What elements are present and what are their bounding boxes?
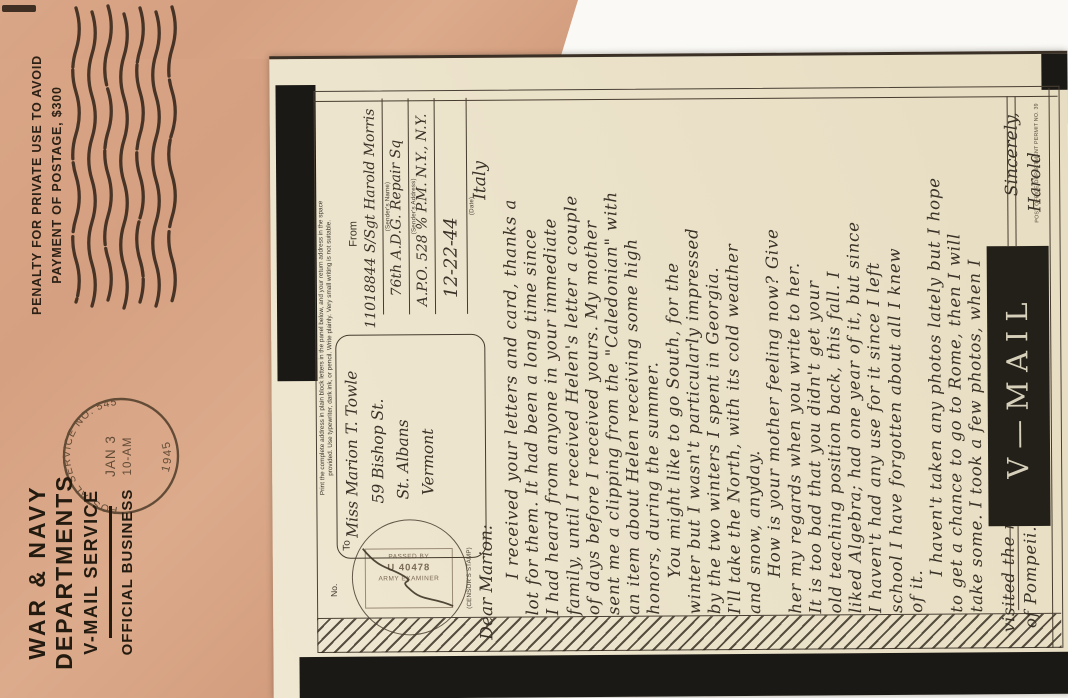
sender-address-value: 76th A.D.G. Repair Sq [388, 140, 405, 297]
postmark-time: 10-AM [122, 437, 134, 476]
to-address-street: 59 Bishop St. [369, 399, 388, 504]
photo-backing-corner [1041, 54, 1067, 90]
letter-closing: Sincerely, [1002, 112, 1023, 196]
dept-line2: DEPARTMENTS [51, 472, 78, 672]
letter-body-line: take some. I took a few photos, when I [964, 92, 988, 612]
envelope-corner-mark [2, 5, 36, 12]
from-label: From [347, 221, 359, 247]
form-instructions: Print the complete address in plain bloc… [317, 125, 337, 571]
letter-short-line2: of Pompeii. [1021, 526, 1041, 628]
vmail-logo: V—MAIL [987, 246, 1051, 526]
to-address-state: Vermont [419, 429, 437, 496]
war-navy-department-block: WAR & NAVY DEPARTMENTS V-MAIL SERVICE OF… [24, 472, 174, 672]
letter-place: Italy [470, 161, 490, 200]
sender-name-value: 11018844 S/Sgt Harold Morris [362, 109, 380, 329]
permit-text: Post Office Department Permit No. 39 [1034, 92, 1041, 234]
sender-address2-value: A.P.O. 528 % P.M. N.Y., N.Y. [414, 114, 431, 307]
dept-line4: OFFICIAL BUSINESS [118, 472, 138, 672]
form-date-value: 12-22-44 [440, 217, 462, 298]
dept-line1: WAR & NAVY [24, 472, 51, 672]
letter-salutation: Dear Marion: [477, 524, 498, 640]
dept-line3: V-MAIL SERVICE [78, 472, 104, 672]
penalty-notice: PENALTY FOR PRIVATE USE TO AVOID PAYMENT… [27, 50, 71, 320]
photo-backing-top [275, 85, 317, 381]
cancellation-wavy-lines [68, 2, 184, 346]
censor-stamp-caption: (CENSOR'S STAMP) [465, 516, 473, 640]
penalty-line1: PENALTY FOR PRIVATE USE TO AVOID [27, 50, 47, 320]
form-no-label: No. [329, 584, 339, 597]
to-address-name: Miss Marion T. Towle [342, 370, 361, 537]
form-date-caption: (Date) [468, 98, 477, 314]
vmail-letter-sheet: No. Print the complete address in plain … [269, 51, 1068, 698]
to-address-city: St. Albans [394, 419, 413, 499]
svg-text:1945: 1945 [160, 439, 174, 474]
dept-underline [109, 506, 112, 638]
censor-signature-scribble [357, 528, 462, 629]
postmark-year: 1945 [160, 439, 174, 474]
photo-backing-left [299, 652, 1068, 698]
letter-body: I received your letters and card, thanks… [500, 92, 988, 615]
scanned-vmail-letter: PENALTY FOR PRIVATE USE TO AVOID PAYMENT… [0, 0, 1068, 698]
to-label: To [342, 540, 353, 551]
penalty-line2: PAYMENT OF POSTAGE, $300 [47, 50, 67, 320]
postmark-date: JAN 3 [103, 435, 118, 477]
